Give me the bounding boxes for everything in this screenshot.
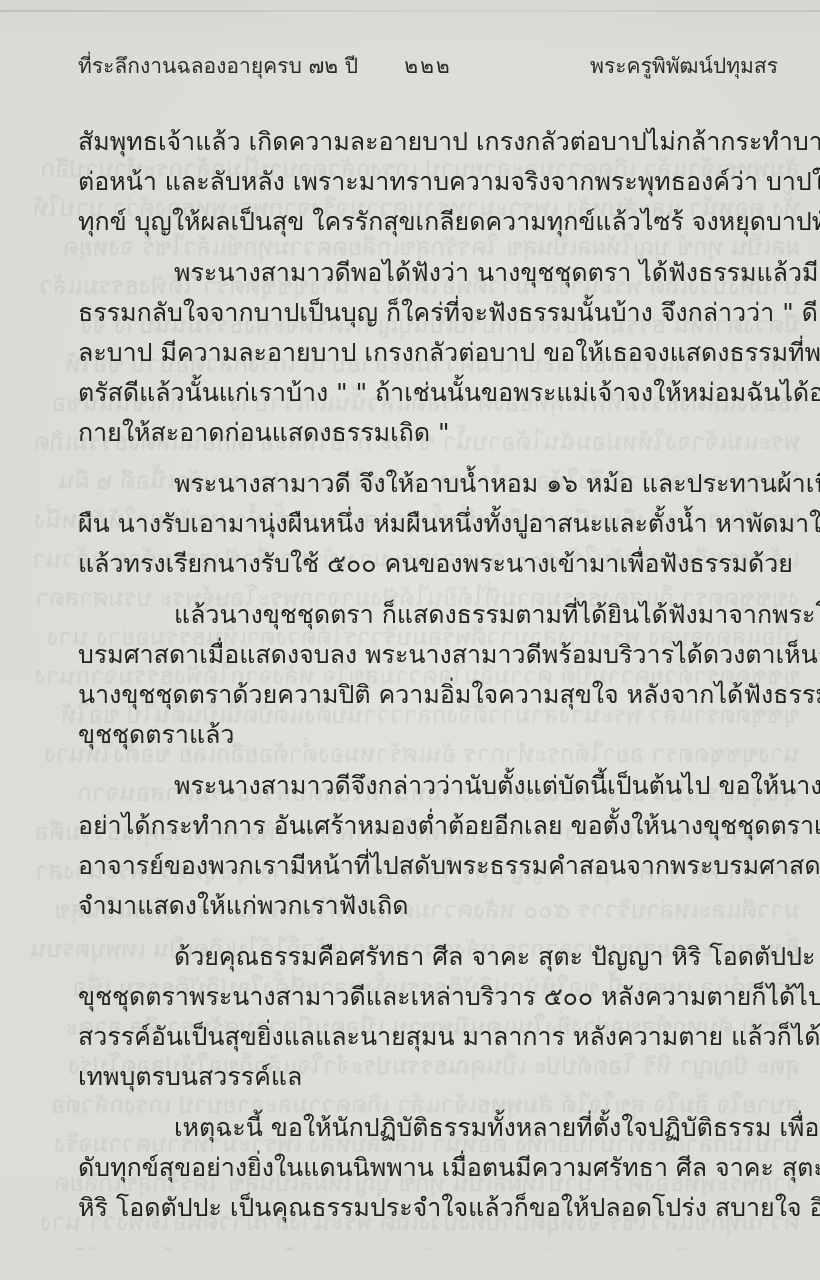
paragraph: พระนางสามาวดีจึงกล่าวว่านับตั้งแต่บัดนี้… <box>78 766 790 926</box>
text-line: แล้วทรงเรียกนางรับใช้ ๕๐๐ คนของพระนางเข้… <box>78 544 790 584</box>
text-line: กายให้สะอาดก่อนแสดงธรรมเถิด " <box>78 413 790 453</box>
text-line: ดับทุกข์สุขอย่างยิ่งในแดนนิพพาน เมื่อตนม… <box>78 1148 790 1188</box>
text-line: ด้วยคุณธรรมคือศรัทธา ศีล จาคะ สุตะ ปัญญา… <box>78 937 790 977</box>
text-line: ทุกข์ บุญให้ผลเป็นสุข ใครรักสุขเกลียดควา… <box>78 202 790 242</box>
header-left-title: ที่ระลึกงานฉลองอายุครบ ๗๒ ปี <box>78 50 358 83</box>
text-line: ขุชชุดตราพระนางสามาวดีและเหล่าบริวาร ๕๐๐… <box>78 977 790 1017</box>
text-line: ผืน นางรับเอามานุ่งผืนหนึ่ง ห่มผืนหนึ่งท… <box>78 504 790 544</box>
text-line: พระนางสามาวดี จึงให้อาบน้ำหอม ๑๖ หม้อ แล… <box>78 464 790 504</box>
paper-crease <box>0 10 820 12</box>
text-line: พระนางสามาวดีจึงกล่าวว่านับตั้งแต่บัดนี้… <box>78 766 790 806</box>
text-line: อาจารย์ของพวกเรามีหน้าที่ไปสดับพระธรรมคำ… <box>78 846 790 886</box>
text-line: อย่าได้กระทำการ อันเศร้าหมองต่ำต้อยอีกเล… <box>78 806 790 846</box>
paragraph: ด้วยคุณธรรมคือศรัทธา ศีล จาคะ สุตะ ปัญญา… <box>78 937 790 1097</box>
text-line: ตรัสดีแล้วนั้นแก่เราบ้าง " " ถ้าเช่นนั้น… <box>78 373 790 413</box>
header-right-title: พระครูพิพัฒน์ปทุมสร <box>590 50 778 83</box>
page-header: ที่ระลึกงานฉลองอายุครบ ๗๒ ปี ๒๒๒ พระครูพ… <box>78 50 778 80</box>
text-line: จำมาแสดงให้แก่พวกเราฟังเถิด <box>78 886 790 926</box>
text-line: เทพบุตรบนสวรรค์แล <box>78 1057 790 1097</box>
body-text: สัมพุทธเจ้าแล้ว เกิดความละอายบาป เกรงกลั… <box>78 122 790 1239</box>
text-line: สวรรค์อันเป็นสุขยิ่งแลและนายสุมน มาลาการ… <box>78 1017 790 1057</box>
text-line: ขุชชุดตราแล้ว <box>78 715 790 755</box>
text-line: เหตุฉะนี้ ขอให้นักปฏิบัติธรรมทั้งหลายที่… <box>78 1108 790 1148</box>
paragraph: เหตุฉะนี้ ขอให้นักปฏิบัติธรรมทั้งหลายที่… <box>78 1108 790 1228</box>
text-line: พระนางสามาวดีพอได้ฟังว่า นางขุชชุดตรา ได… <box>78 253 790 293</box>
text-line: ธรรมกลับใจจากบาปเป็นบุญ ก็ใคร่ที่จะฟังธร… <box>78 293 790 333</box>
paragraph: แล้วนางขุชชุดตรา ก็แสดงธรรมตามที่ได้ยินไ… <box>78 595 790 755</box>
paragraph: พระนางสามาวดี จึงให้อาบน้ำหอม ๑๖ หม้อ แล… <box>78 464 790 584</box>
text-line: แล้วนางขุชชุดตรา ก็แสดงธรรมตามที่ได้ยินไ… <box>78 595 790 635</box>
text-line: สัมพุทธเจ้าแล้ว เกิดความละอายบาป เกรงกลั… <box>78 122 790 162</box>
text-line: บรมศาสดาเมื่อแสดงจบลง พระนางสามาวดีพร้อม… <box>78 635 790 675</box>
paragraph: สัมพุทธเจ้าแล้ว เกิดความละอายบาป เกรงกลั… <box>78 122 790 242</box>
text-line: นางขุชชุดตราด้วยความปิติ ความอิ่มใจความส… <box>78 675 790 715</box>
text-line: ละบาป มีความละอายบาป เกรงกลัวต่อบาป ขอให… <box>78 333 790 373</box>
scanned-page: สัมพุทธเจ้าแล้ว เกิดความละอายบาป เกรงกลั… <box>0 0 820 1280</box>
text-line: ต่อหน้า และลับหลัง เพราะมาทราบความจริงจา… <box>78 162 790 202</box>
text-line: หิริ โอดตัปปะ เป็นคุณธรรมประจำใจแล้วก็ขอ… <box>78 1188 790 1228</box>
paragraph: พระนางสามาวดีพอได้ฟังว่า นางขุชชุดตรา ได… <box>78 253 790 453</box>
